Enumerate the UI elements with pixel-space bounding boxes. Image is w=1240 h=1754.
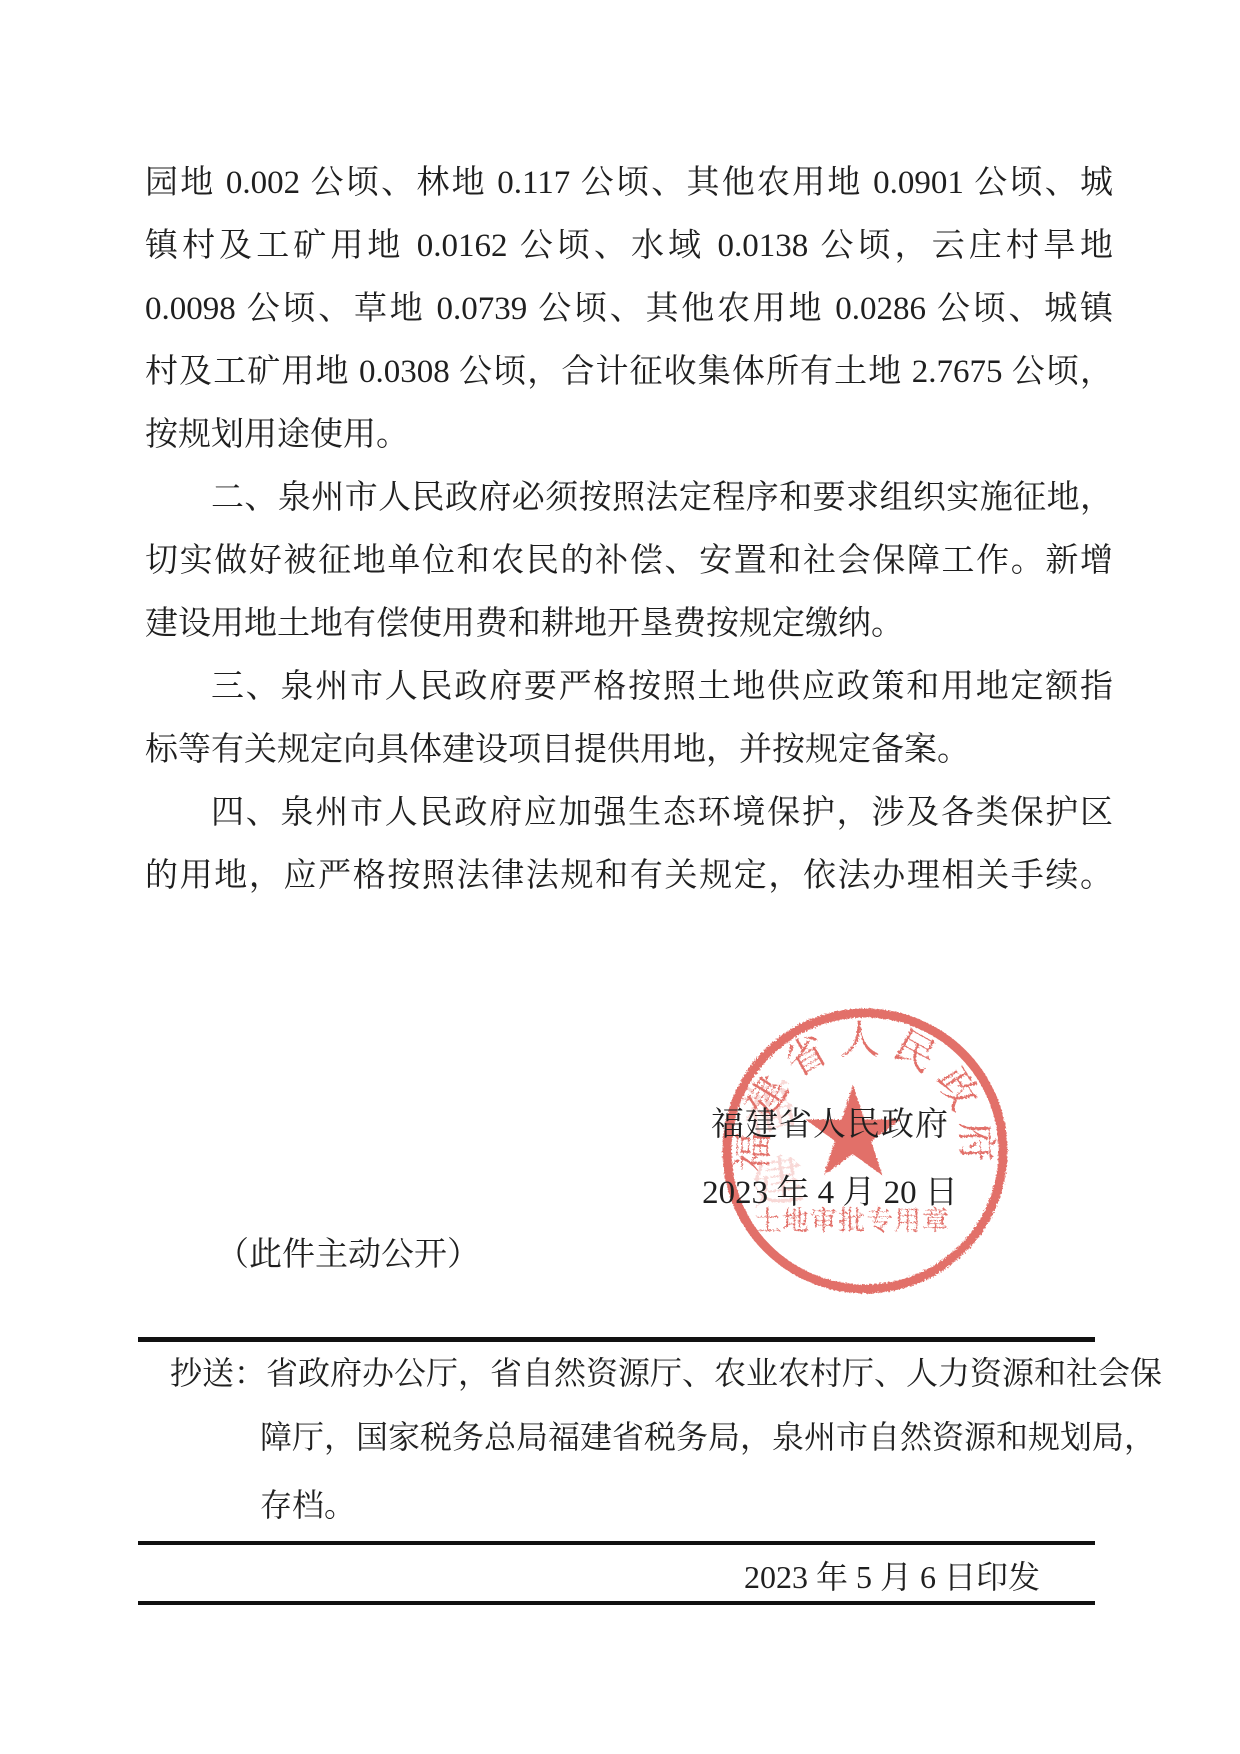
signature-issuer: 福建省人民政府: [700, 1098, 960, 1145]
cc-text: 省政府办公厅，省自然资源厅、农业农村厅、人力资源和社会保: [266, 1355, 1162, 1391]
footer-bottom-rule: [138, 1601, 1095, 1605]
cc-line: 存档。: [260, 1486, 356, 1524]
print-date: 2023 年 5 月 6 日印发: [138, 1552, 1040, 1598]
disclosure-note: （此件主动公开）: [216, 1228, 480, 1275]
body-line: 村及工矿用地 0.0308 公顷，合计征收集体所有土地 2.7675 公顷，: [145, 341, 1113, 404]
body-text: 园地 0.002 公顷、林地 0.117 公顷、其他农用地 0.0901 公顷、…: [145, 152, 1113, 908]
body-line: 建设用地土地有偿使用费和耕地开垦费按规定缴纳。: [145, 593, 1113, 656]
footer-top-rule: [138, 1337, 1095, 1342]
body-line: 0.0098 公顷、草地 0.0739 公顷、其他农用地 0.0286 公顷、城…: [145, 278, 1113, 341]
body-line: 二、泉州市人民政府必须按照法定程序和要求组织实施征地，: [145, 467, 1113, 530]
body-line: 三、泉州市人民政府要严格按照土地供应政策和用地定额指: [145, 656, 1113, 719]
official-seal: 福建省人民政府 土地审批专用章 福 建: [712, 1002, 1022, 1302]
cc-line: 抄送：省政府办公厅，省自然资源厅、农业农村厅、人力资源和社会保: [170, 1354, 1162, 1392]
cc-label: 抄送：: [170, 1355, 266, 1391]
body-line: 镇村及工矿用地 0.0162 公顷、水域 0.0138 公顷，云庄村旱地: [145, 215, 1113, 278]
signature-date: 2023 年 4 月 20 日: [694, 1166, 966, 1213]
body-line: 的用地，应严格按照法律法规和有关规定，依法办理相关手续。: [145, 845, 1113, 908]
body-line: 园地 0.002 公顷、林地 0.117 公顷、其他农用地 0.0901 公顷、…: [145, 152, 1113, 215]
body-line: 四、泉州市人民政府应加强生态环境保护，涉及各类保护区: [145, 782, 1113, 845]
footer-middle-rule: [138, 1541, 1095, 1545]
body-line: 切实做好被征地单位和农民的补偿、安置和社会保障工作。新增: [145, 530, 1113, 593]
body-line: 按规划用途使用。: [145, 404, 1113, 467]
document-page: 园地 0.002 公顷、林地 0.117 公顷、其他农用地 0.0901 公顷、…: [0, 0, 1240, 1754]
cc-line: 障厅，国家税务总局福建省税务局，泉州市自然资源和规划局，: [260, 1418, 1156, 1456]
body-line: 标等有关规定向具体建设项目提供用地，并按规定备案。: [145, 719, 1113, 782]
